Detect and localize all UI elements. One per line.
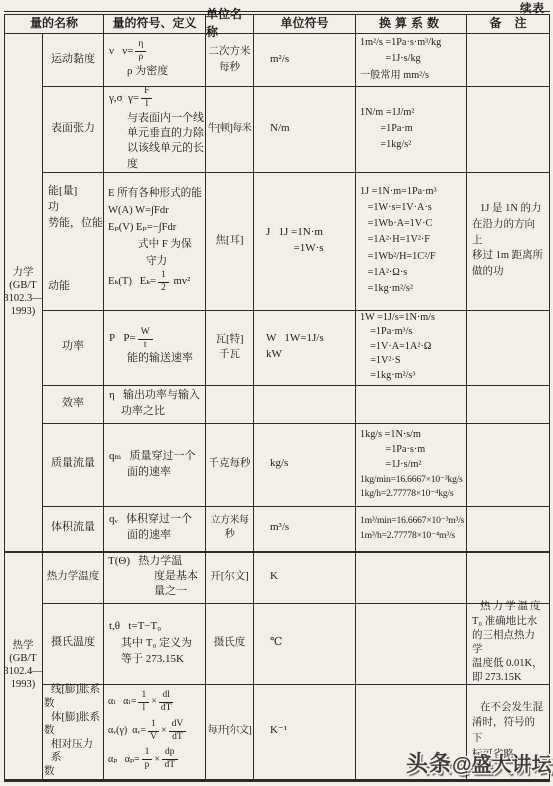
- text-line: E 所有各种形式的能: [108, 186, 204, 203]
- fraction-numerator: F: [141, 86, 152, 99]
- fraction-numerator: 1: [138, 690, 149, 703]
- watermark-handle: @盛大讲坛: [452, 748, 552, 777]
- text-line: 度: [109, 157, 204, 172]
- text-line: 3102.3—: [3, 292, 42, 305]
- unit-symbol-cell: m²/s: [254, 33, 354, 86]
- unit-name-cell: 摄氏度: [206, 603, 253, 683]
- formula: αᵥ(γ) αᵥ=1V×dVdT: [108, 719, 204, 744]
- text-line: 度是基本: [108, 569, 204, 584]
- text-line: t,θ t=T−T₀: [109, 618, 204, 635]
- quantity-name-cell: 功率: [43, 310, 103, 384]
- text-line: 量之一: [108, 584, 204, 599]
- multiply-sign: ×: [154, 753, 160, 768]
- text-line: 1W =1J/s=1N·m/s: [360, 311, 465, 325]
- text-line: 1kg/s =1N·s/m: [360, 427, 465, 442]
- fraction-numerator: η: [135, 39, 146, 52]
- unit-symbol-cell: kg/s: [254, 423, 354, 505]
- text-line: W(A) W=∫Fdr: [108, 203, 204, 220]
- fraction: Wt: [138, 327, 153, 352]
- text-line: (GB/T: [9, 279, 36, 292]
- formula: αₗ αₗ=1l×dldT: [108, 690, 204, 715]
- fraction-denominator: ρ: [137, 52, 146, 64]
- multiply-sign: ×: [161, 724, 167, 739]
- fraction-numerator: 1: [148, 719, 159, 732]
- text-line: 热学: [13, 639, 34, 652]
- text-line: =1J·s/kg: [360, 51, 465, 67]
- unit-name-cell: 二次方米 每秒: [206, 33, 253, 86]
- text-line: η 输出功率与输入: [109, 388, 204, 403]
- text-line: 淆时，符号的下: [472, 715, 544, 747]
- text-line: 与表面内一个线: [109, 111, 204, 126]
- symbol-definition-cell: γ,σ γ=Fl 与表面内一个线 单元垂直的力除 以该线单元的长 度: [104, 87, 204, 171]
- text-line: 等于 273.15K: [109, 651, 204, 668]
- quantity-symbol: γ,σ: [109, 91, 123, 106]
- unit-name-cell: 立方米每秒: [206, 506, 253, 550]
- text-line: =1Pa·m³/s: [360, 325, 465, 339]
- text-line: 瓦[特]: [216, 332, 244, 347]
- fraction-numerator: W: [138, 327, 153, 340]
- text-line: =1Wb·A=1V·C: [360, 216, 465, 232]
- text-line: 式中 F 为保: [108, 237, 204, 254]
- text-line: 一般常用 mm²/s: [360, 68, 465, 84]
- watermark-brand: 头条: [406, 747, 452, 778]
- text-line: 每秒: [219, 60, 240, 75]
- fraction: dVdT: [169, 719, 187, 744]
- text-line: (GB/T: [9, 652, 36, 665]
- text-line: 数: [44, 697, 103, 711]
- formula: ν ν=ηρ: [109, 39, 204, 64]
- conversion-cell: 1W =1J/s=1N·m/s =1Pa·m³/s =1V·A=1A²·Ω =1…: [356, 310, 465, 384]
- watermark: 头条 @盛大讲坛: [406, 747, 552, 778]
- text-line: =1Pa·m: [360, 121, 465, 137]
- quantity-name-cell: 质量流量: [43, 423, 103, 505]
- quantity-name-cell: 摄氏温度: [43, 603, 103, 683]
- text-line: =1kg·m²/s²: [360, 281, 465, 297]
- col-header-unit-symbol: 单位符号: [254, 14, 355, 33]
- text-line: qₘ 质量穿过一个: [109, 448, 204, 465]
- col-header-note: 备注: [467, 14, 549, 33]
- quantity-name-cell: 体积流量: [43, 506, 103, 550]
- text-line: 势能，位能: [48, 216, 103, 232]
- text-line: 在不会发生混: [472, 700, 544, 716]
- formula-text: αₚ αₚ=: [108, 753, 140, 768]
- formula-text: Eₖ(T) Eₖ=: [108, 274, 156, 291]
- text-line: J 1J =1N·m: [266, 225, 354, 241]
- text-line: 二次方米: [209, 44, 251, 59]
- conversion-cell: 1m²/s =1Pa·s·m³/kg =1J·s/kg 一般常用 mm²/s: [356, 33, 465, 86]
- fraction-numerator: dl: [159, 690, 172, 703]
- quantity-name-cell: 热力学温度: [43, 551, 103, 602]
- unit-symbol-cell: m³/s: [254, 506, 354, 550]
- text-line: 面的速率: [109, 464, 204, 481]
- text-line: 能[量]: [48, 184, 103, 200]
- fraction: ηρ: [135, 39, 146, 64]
- text-line: 以该线单元的长: [109, 141, 204, 156]
- text-line: 1993): [11, 305, 36, 318]
- text-line: 面的速率: [109, 528, 204, 544]
- text-line: 做的功: [472, 264, 544, 280]
- text-line: =1Wb²/H=1C²/F: [360, 249, 465, 265]
- text-line: 单元垂直的力除: [109, 126, 204, 141]
- text-line: 千瓦: [219, 347, 240, 362]
- fraction: 12: [158, 270, 169, 295]
- fraction: 1l: [138, 690, 149, 715]
- text-line: 线[膨]胀系: [44, 683, 103, 697]
- formula-text: γ=: [128, 91, 139, 106]
- fraction: 1V: [148, 719, 159, 744]
- bottom-rule: [4, 779, 550, 782]
- symbol-definition-cell: E 所有各种形式的能 W(A) W=∫Fdr Eₚ(V) Eₚ=−∫Fdr 式中…: [104, 172, 204, 309]
- unit-name-cell: 牛[顿]每米: [206, 87, 253, 171]
- formula-text: P=: [123, 331, 135, 347]
- text-line: 功: [48, 200, 103, 216]
- text-line: W 1W=1J/s: [266, 331, 354, 347]
- quantity-name-cell: 运动黏度: [43, 33, 103, 86]
- unit-name-cell: 开[尔文]: [206, 551, 253, 602]
- text-line: =1J·s/m²: [360, 457, 465, 472]
- fraction: dpdT: [162, 747, 178, 772]
- top-rule-1: [4, 11, 550, 12]
- unit-name-cell: 瓦[特] 千瓦: [206, 310, 253, 384]
- right-border: [549, 14, 550, 779]
- text-line: 力学: [13, 266, 34, 279]
- multiply-sign: ×: [151, 695, 157, 710]
- symbol-definition-cell: qₘ 质量穿过一个 面的速率: [104, 423, 204, 505]
- text-line: 动能: [48, 279, 103, 295]
- unit-name-cell: 千克每秒: [206, 423, 253, 505]
- unit-symbol-cell: K: [254, 551, 354, 602]
- fraction-numerator: dp: [162, 747, 178, 760]
- text-line: qᵥ 体积穿过一个: [109, 512, 204, 528]
- text-line: =1V·A=1A²·Ω: [360, 340, 465, 354]
- formula: Eₖ(T) Eₖ=12 mv²: [108, 270, 204, 295]
- text-line: 1m³/h=2.77778×10⁻⁴m³/s: [360, 528, 465, 543]
- fraction-denominator: dT: [162, 760, 177, 772]
- text-line: 1kg/min=16.6667×10⁻³kg/s: [360, 473, 465, 487]
- unit-symbol-cell: N/m: [254, 87, 354, 171]
- fraction-denominator: t: [142, 340, 149, 352]
- section-label-mechanics: 力学 (GB/T 3102.3— 1993): [0, 33, 46, 551]
- formula: γ,σ γ=Fl: [109, 86, 204, 111]
- symbol-definition-cell: qᵥ 体积穿过一个 面的速率: [104, 506, 204, 550]
- fraction-numerator: dV: [169, 719, 187, 732]
- fraction-numerator: 1: [158, 270, 169, 283]
- text-line: 1m²/s =1Pa·s·m³/kg: [360, 35, 465, 51]
- text-line: Eₚ(V) Eₚ=−∫Fdr: [108, 220, 204, 237]
- text-line: 1N/m =1J/m²: [360, 105, 465, 121]
- text-line: 1J =1N·m=1Pa·m³: [360, 184, 465, 200]
- col-header-quantity-name: 量的名称: [5, 14, 103, 33]
- fraction-denominator: dT: [159, 703, 174, 715]
- conversion-cell: 1N/m =1J/m² =1Pa·m =1kg/s²: [356, 87, 465, 171]
- unit-symbol-cell: W 1W=1J/s kW: [254, 310, 354, 384]
- text-line: 热力学温度: [472, 600, 544, 614]
- col-header-conversion: 换算系数: [356, 14, 466, 33]
- formula-text: ν=: [122, 44, 133, 60]
- conversion-cell: 1m³/min=16.6667×10⁻³m³/s 1m³/h=2.77778×1…: [356, 506, 465, 550]
- symbol-definition-cell: P P=Wt 能的输送速率: [104, 310, 204, 384]
- quantity-name-cell: 能[量] 功 势能，位能 动能: [43, 172, 103, 309]
- scanned-table-page: 续表 量的名称 量的符号、定义 单位名称 单位符号 换算系数 备注 力学 (GB…: [0, 0, 553, 786]
- formula: αₚ αₚ=1p×dpdT: [108, 747, 204, 772]
- text-line: =1W·s=1V·A·s: [360, 200, 465, 216]
- symbol-definition-cell: η 输出功率与输入 功率之比: [104, 385, 204, 422]
- text-line: =1W·s: [266, 241, 354, 257]
- col-header-symbol-definition: 量的符号、定义: [104, 14, 205, 33]
- symbol-definition-cell: αₗ αₗ=1l×dldT αᵥ(γ) αᵥ=1V×dVdT αₚ αₚ=1p×…: [104, 684, 204, 778]
- fraction: 1p: [142, 747, 153, 772]
- text-line: 能的输送速率: [109, 351, 204, 367]
- text-line: 1J 是 1N 的力: [472, 201, 544, 217]
- text-line: ρ 为密度: [109, 64, 204, 80]
- text-line: =1kg·m²/s³: [360, 369, 465, 383]
- formula: P P=Wt: [109, 327, 204, 352]
- text-line: =1kg/s²: [360, 137, 465, 153]
- unit-symbol-cell: K⁻¹: [254, 684, 354, 778]
- text-line: 在沿力的方向上: [472, 217, 544, 249]
- text-line: 体[膨]胀系: [44, 711, 103, 725]
- text-line: 数: [44, 724, 103, 738]
- fraction: dldT: [159, 690, 174, 715]
- fraction-denominator: l: [143, 99, 150, 111]
- fraction-denominator: l: [141, 703, 148, 715]
- text-line: 1m³/min=16.6667×10⁻³m³/s: [360, 513, 465, 528]
- unit-symbol-cell: J 1J =1N·m =1W·s: [254, 172, 354, 309]
- section-label-thermal: 热学 (GB/T 3102.4— 1993): [0, 551, 46, 779]
- symbol-definition-cell: ν ν=ηρ ρ 为密度: [104, 33, 204, 86]
- note-cell: 热力学温度 T₀ 准确地比水 的三相点热力学 温度低 0.01K， 即 273.…: [467, 603, 549, 683]
- quantity-name-cell: 表面张力: [43, 87, 103, 171]
- quantity-name-cell: 线[膨]胀系 数 体[膨]胀系 数 相对压力系 数: [43, 684, 103, 778]
- conversion-cell: 1kg/s =1N·s/m =1Pa·s·m =1J·s/m² 1kg/min=…: [356, 423, 465, 505]
- text-line: T₀ 准确地比水: [472, 615, 544, 629]
- fraction-denominator: dT: [170, 732, 185, 744]
- text-line: =1V²·S: [360, 354, 465, 368]
- text-line: 1993): [11, 678, 36, 691]
- text-line: 功率之比: [109, 404, 204, 419]
- text-line: =1A²·H=1V²·F: [360, 232, 465, 248]
- formula-text: αₗ αₗ=: [108, 695, 136, 710]
- formula-text: αᵥ(γ) αᵥ=: [108, 724, 146, 739]
- formula-text: mv²: [171, 274, 190, 291]
- col-header-unit-name: 单位名称: [206, 14, 253, 33]
- note-cell: 1J 是 1N 的力 在沿力的方向上 移过 1m 距离所 做的功: [467, 172, 549, 309]
- fraction-denominator: V: [148, 732, 159, 744]
- text-line: 温度低 0.01K，: [472, 657, 544, 671]
- conversion-cell: 1J =1N·m=1Pa·m³ =1W·s=1V·A·s =1Wb·A=1V·C…: [356, 172, 465, 309]
- text-line: 1kg/h=2.77778×10⁻⁴kg/s: [360, 487, 465, 501]
- text-line: kW: [266, 347, 354, 363]
- symbol-definition-cell: t,θ t=T−T₀ 其中 T₀ 定义为 等于 273.15K: [104, 603, 204, 683]
- text-line: 守力: [108, 254, 204, 271]
- fraction-numerator: 1: [142, 747, 153, 760]
- unit-symbol-cell: ℃: [254, 603, 354, 683]
- text-line: 其中 T₀ 定义为: [109, 635, 204, 652]
- text-line: 3102.4—: [3, 665, 42, 678]
- text-line: 数: [44, 765, 103, 779]
- quantity-name-cell: 效率: [43, 385, 103, 422]
- text-line: T(Θ) 热力学温: [108, 554, 204, 569]
- text-line: 移过 1m 距离所: [472, 248, 544, 264]
- symbol-definition-cell: T(Θ) 热力学温 度是基本 量之一: [104, 551, 204, 602]
- fraction-denominator: 2: [159, 283, 168, 295]
- unit-name-cell: 每开[尔文]: [206, 684, 253, 778]
- text-line: 的三相点热力学: [472, 629, 544, 657]
- fraction: Fl: [141, 86, 152, 111]
- text-line: 相对压力系: [44, 738, 103, 765]
- text-line: =1A²·Ω·s: [360, 265, 465, 281]
- text-line: =1Pa·s·m: [360, 442, 465, 457]
- fraction-denominator: p: [143, 760, 152, 772]
- unit-name-cell: 焦[耳]: [206, 172, 253, 309]
